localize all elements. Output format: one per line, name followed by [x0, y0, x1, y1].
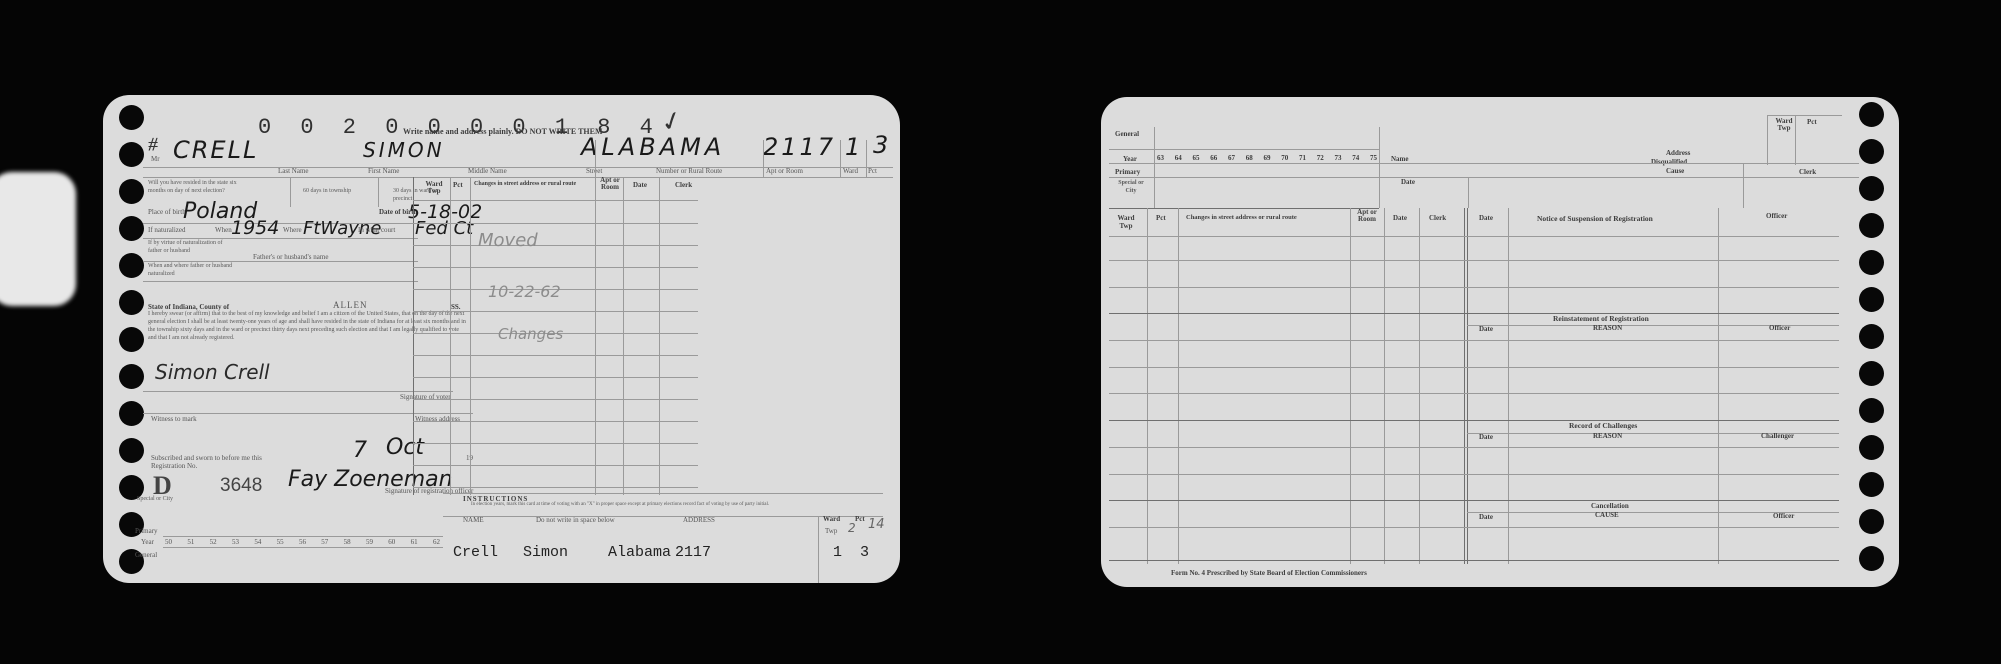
stamped-first-name: Simon: [523, 544, 568, 561]
year-cell: 62: [433, 538, 440, 546]
year-cell: 63: [1157, 154, 1164, 162]
punch-hole-icon: [119, 105, 144, 130]
year-cell: 72: [1317, 154, 1324, 162]
year-cell: 60: [388, 538, 395, 546]
transfer-clerk-label: Clerk: [1799, 168, 1816, 176]
footer-twp-value: 2: [848, 521, 856, 535]
year-cell: 56: [299, 538, 306, 546]
punch-hole-icon: [119, 216, 144, 241]
challenges-date-label: Date: [1479, 433, 1493, 441]
punch-hole-icon: [1859, 435, 1884, 460]
year-cell: 70: [1281, 154, 1288, 162]
number-label: Number or Rural Route: [656, 167, 722, 175]
changes-header-apt: Apt or Room: [599, 177, 621, 191]
year-cell: 64: [1175, 154, 1182, 162]
street-name: ALABAMA: [581, 133, 725, 161]
instructions-text: In election years, mark this card at tim…: [471, 502, 881, 508]
punch-hole-icon: [1859, 509, 1884, 534]
back-year-columns: 63 64 65 66 67 68 69 70 71 72 73 74 75: [1157, 154, 1377, 162]
state-residence-question: Will you have resided in the state six m…: [148, 179, 243, 195]
middle-name-label: Middle Name: [468, 167, 507, 175]
changes-header-clerk: Clerk: [675, 181, 692, 189]
back-changes-header-clerk: Clerk: [1429, 214, 1446, 222]
naturalized-when-label: When: [215, 226, 232, 234]
year-label: Year: [141, 538, 154, 546]
punch-hole-icon: [119, 438, 144, 463]
special-city-label: Special or City: [135, 495, 175, 503]
punch-hole-icon: [119, 290, 144, 315]
transfer-pct-label: Pct: [1807, 118, 1817, 126]
last-name: CRELL: [173, 136, 258, 164]
year-cell: 73: [1335, 154, 1342, 162]
year-cell: 53: [232, 538, 239, 546]
witness-label: Witness to mark: [151, 415, 197, 423]
derivative-citizenship-label: If by virtue of naturalization of father…: [148, 239, 233, 255]
reinstatement-date-label: Date: [1479, 325, 1493, 333]
back-special-label: Special or City: [1115, 179, 1147, 195]
first-name-label: First Name: [368, 167, 399, 175]
challenges-title: Record of Challenges: [1569, 421, 1637, 430]
changes-header-pct: Pct: [453, 181, 463, 189]
change-entry: Changes: [498, 325, 563, 343]
strike-mark-icon: ⧣: [148, 133, 158, 154]
year-columns: 50 51 52 53 54 55 56 57 58 59 60 61 62: [165, 538, 440, 546]
footer-name-label: NAME: [463, 516, 484, 524]
subscribed-label: Subscribed and sworn to before me this: [151, 454, 262, 462]
naturalized-label: If naturalized: [148, 226, 186, 234]
year-cell: 65: [1193, 154, 1200, 162]
stamped-street: Alabama: [608, 544, 671, 561]
punch-hole-icon: [119, 327, 144, 352]
township-question: 60 days in township: [303, 187, 363, 195]
stamped-last-name: Crell: [453, 544, 498, 561]
punch-hole-icon: [1859, 176, 1884, 201]
footer-address-label: ADDRESS: [683, 516, 715, 524]
year-cell: 50: [165, 538, 172, 546]
transfer-date-label: Date: [1401, 178, 1415, 186]
registration-number: 3648: [220, 475, 262, 497]
county-name: ALLEN: [333, 300, 368, 310]
subscribed-day: 7: [353, 438, 367, 463]
back-changes-header-date: Date: [1393, 214, 1407, 222]
cancellation-title: Cancellation: [1591, 502, 1629, 510]
punch-hole-icon: [1859, 250, 1884, 275]
back-changes-header-ward: Ward Twp: [1111, 214, 1141, 230]
general-label: General: [135, 551, 157, 559]
challenges-reason-label: REASON: [1593, 432, 1622, 440]
footer-ward-label: Ward: [823, 515, 840, 523]
adjacent-card-fragment: [0, 172, 76, 306]
naturalized-court: Fed Ct: [415, 218, 473, 239]
first-name: SIMON: [363, 138, 445, 162]
naturalized-year: 1954: [231, 217, 279, 239]
year-cell: 67: [1228, 154, 1235, 162]
change-entry: 10-22-62: [488, 282, 561, 301]
punch-hole-icon: [1859, 139, 1884, 164]
year-cell: 66: [1210, 154, 1217, 162]
apt-label: Apt or Room: [766, 167, 803, 175]
year-cell: 71: [1299, 154, 1306, 162]
naturalized-where-label: Where: [283, 226, 302, 234]
form-footer: Form No. 4 Prescribed by State Board of …: [1171, 569, 1367, 577]
punch-hole-icon: [1859, 287, 1884, 312]
cancellation-officer-label: Officer: [1773, 512, 1794, 520]
back-year-label: Year: [1123, 155, 1137, 163]
registration-card-back: General Year Primary Special or City 63 …: [1101, 97, 1899, 587]
year-cell: 68: [1246, 154, 1253, 162]
punch-hole-icon: [119, 179, 144, 204]
change-entry: Moved: [478, 230, 538, 251]
pct-label: Pct: [868, 167, 877, 175]
oath-text: I hereby swear (or affirm) that to the b…: [148, 310, 468, 342]
subscribed-month: Oct: [386, 435, 424, 460]
punch-hole-icon: [1859, 102, 1884, 127]
stamped-number: 2117: [675, 544, 711, 561]
back-changes-header-apt: Apt or Room: [1353, 209, 1381, 223]
punch-hole-icon: [119, 142, 144, 167]
fathers-name-label: Father's or husband's name: [253, 253, 328, 261]
changes-header-date: Date: [633, 181, 647, 189]
footer-donot-label: Do not write in space below: [536, 516, 615, 524]
last-name-label: Last Name: [278, 167, 309, 175]
transfer-cause-label: Cause: [1666, 167, 1684, 175]
punch-hole-icon: [1859, 213, 1884, 238]
suspension-officer-label: Officer: [1766, 212, 1787, 220]
footer-twp-label: Twp: [825, 527, 837, 535]
title-prefix: Mr: [151, 155, 160, 163]
place-of-birth-label: Place of birth: [148, 208, 186, 216]
when-where-naturalized-label: When and where father or husband natural…: [148, 262, 243, 278]
voter-signature: Simon Crell: [155, 360, 270, 384]
year-cell: 51: [187, 538, 194, 546]
punch-hole-icon: [1859, 324, 1884, 349]
reinstatement-reason-label: REASON: [1593, 324, 1622, 332]
naturalized-court-label: In what court: [358, 226, 395, 234]
year-cell: 69: [1264, 154, 1271, 162]
year-cell: 75: [1370, 154, 1377, 162]
punch-hole-icon: [1859, 546, 1884, 571]
footer-pct-label: Pct: [855, 515, 865, 523]
primary-label: Primary: [135, 527, 158, 535]
year-cell: 58: [344, 538, 351, 546]
cancellation-date-label: Date: [1479, 513, 1493, 521]
back-changes-header-address: Changes in street address or rural route: [1186, 214, 1297, 221]
transfer-address-label: Address: [1666, 149, 1690, 157]
back-primary-label: Primary: [1115, 168, 1140, 176]
year-cell: 57: [321, 538, 328, 546]
punch-hole-icon: [119, 401, 144, 426]
transfer-disqualified-label: Disqualified: [1651, 158, 1687, 166]
transfer-ward-label: Ward Twp: [1773, 118, 1795, 132]
year-cell: 52: [210, 538, 217, 546]
ward-number: 1: [845, 133, 860, 161]
reinstatement-title: Reinstatement of Registration: [1553, 314, 1649, 323]
punch-hole-icon: [1859, 361, 1884, 386]
cancellation-cause-label: CAUSE: [1595, 511, 1619, 519]
year-cell: 59: [366, 538, 373, 546]
changes-header-ward: Ward Twp: [421, 181, 447, 195]
suspension-title: Notice of Suspension of Registration: [1537, 214, 1653, 223]
transfer-name-label: Name: [1391, 155, 1409, 163]
reinstatement-officer-label: Officer: [1769, 324, 1790, 332]
changes-header-address: Changes in street address or rural route: [474, 181, 576, 187]
year-cell: 74: [1352, 154, 1359, 162]
year-cell: 61: [411, 538, 418, 546]
registration-card-front: 0 0 2 0 0 0 0 1 8 4 Write name and addre…: [103, 95, 900, 583]
footer-pct-value: 14: [868, 517, 885, 532]
punch-hole-icon: [1859, 472, 1884, 497]
punch-hole-icon: [1859, 398, 1884, 423]
stamped-pct: 3: [860, 544, 869, 561]
house-number: 2117: [763, 133, 836, 161]
year-cell: 54: [254, 538, 261, 546]
header-notice: Write name and address plainly. DO NOT W…: [403, 127, 603, 136]
back-general-label: General: [1115, 130, 1139, 138]
registration-no-label: Registration No.: [151, 462, 197, 470]
challenges-challenger-label: Challenger: [1761, 432, 1794, 440]
punch-hole-icon: [119, 364, 144, 389]
precinct-number: 3: [873, 131, 888, 159]
year-cell: 55: [277, 538, 284, 546]
back-changes-header-pct: Pct: [1156, 214, 1166, 222]
punch-hole-icon: [119, 253, 144, 278]
suspension-date-label: Date: [1479, 214, 1493, 222]
stamped-ward: 1: [833, 544, 842, 561]
ward-label: Ward: [843, 167, 858, 175]
